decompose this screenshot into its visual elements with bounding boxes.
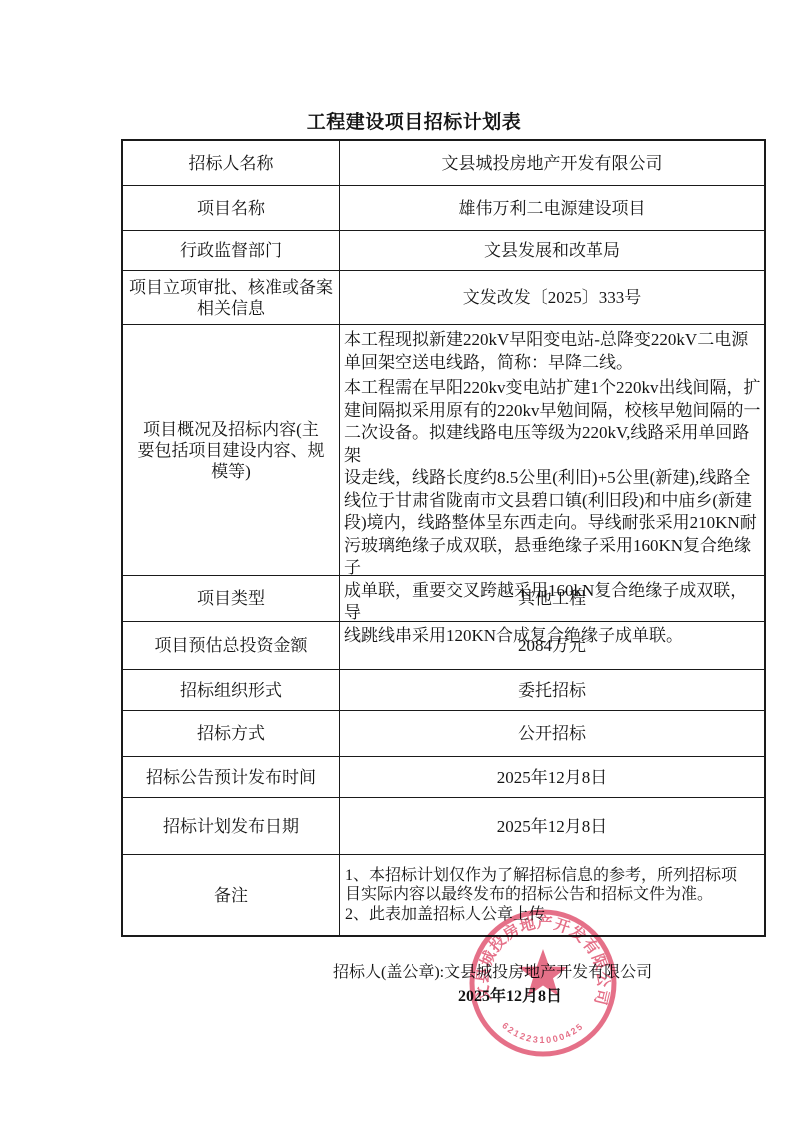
row-label: 项目概况及招标内容(主 要包括项目建设内容、规 模等) bbox=[123, 325, 340, 575]
row-value: 委托招标 bbox=[340, 670, 764, 710]
row-value: 文县发展和改革局 bbox=[340, 231, 764, 270]
row-value: 其他工程 bbox=[340, 576, 764, 621]
row-label: 招标公告预计发布时间 bbox=[123, 757, 340, 797]
page: 工程建设项目招标计划表 招标人名称 文县城投房地产开发有限公司 项目名称 雄伟万… bbox=[0, 0, 793, 1122]
table-row-project-overview: 项目概况及招标内容(主 要包括项目建设内容、规 模等) 本工程现拟新建220kV… bbox=[123, 324, 764, 575]
row-value: 1、本招标计划仅作为了解招标信息的参考，所列招标项 目实际内容以最终发布的招标公… bbox=[340, 855, 764, 935]
row-label: 项目预估总投资金额 bbox=[123, 622, 340, 669]
table-row-organization-form: 招标组织形式 委托招标 bbox=[123, 669, 764, 710]
row-value: 2025年12月8日 bbox=[340, 757, 764, 797]
table-row-approval-info: 项目立项审批、核准或备案 相关信息 文发改发〔2025〕333号 bbox=[123, 270, 764, 324]
table-row-remarks: 备注 1、本招标计划仅作为了解招标信息的参考，所列招标项 目实际内容以最终发布的… bbox=[123, 854, 764, 935]
row-label: 项目类型 bbox=[123, 576, 340, 621]
row-value: 本工程现拟新建220kV早阳变电站-总降变220kV二电源 单回架空送电线路，简… bbox=[340, 325, 764, 575]
row-label: 行政监督部门 bbox=[123, 231, 340, 270]
table-row-announcement-date: 招标公告预计发布时间 2025年12月8日 bbox=[123, 756, 764, 797]
row-value: 2084万元 bbox=[340, 622, 764, 669]
row-label: 备注 bbox=[123, 855, 340, 935]
table-row-bidder-name: 招标人名称 文县城投房地产开发有限公司 bbox=[123, 141, 764, 185]
row-value: 公开招标 bbox=[340, 711, 764, 756]
footer-date: 2025年12月8日 bbox=[458, 983, 562, 1006]
row-label: 招标计划发布日期 bbox=[123, 798, 340, 854]
overview-paragraph-1: 本工程现拟新建220kV早阳变电站-总降变220kV二电源 单回架空送电线路，简… bbox=[344, 329, 748, 374]
row-value: 文县城投房地产开发有限公司 bbox=[340, 141, 764, 185]
seal-serial-number: 6212231000425 bbox=[500, 1020, 586, 1045]
row-value: 雄伟万利二电源建设项目 bbox=[340, 186, 764, 230]
row-value: 文发改发〔2025〕333号 bbox=[340, 271, 764, 324]
table-row-project-type: 项目类型 其他工程 bbox=[123, 575, 764, 621]
footer-signature-line: 招标人(盖公章):文县城投房地产开发有限公司 bbox=[333, 959, 652, 982]
table-row-estimated-investment: 项目预估总投资金额 2084万元 bbox=[123, 621, 764, 669]
tender-plan-table: 招标人名称 文县城投房地产开发有限公司 项目名称 雄伟万利二电源建设项目 行政监… bbox=[121, 139, 766, 937]
table-row-project-name: 项目名称 雄伟万利二电源建设项目 bbox=[123, 185, 764, 230]
row-label: 项目名称 bbox=[123, 186, 340, 230]
table-row-plan-publish-date: 招标计划发布日期 2025年12月8日 bbox=[123, 797, 764, 854]
row-label: 招标方式 bbox=[123, 711, 340, 756]
row-label: 招标人名称 bbox=[123, 141, 340, 185]
row-label: 项目立项审批、核准或备案 相关信息 bbox=[123, 271, 340, 324]
row-label: 招标组织形式 bbox=[123, 670, 340, 710]
document-title: 工程建设项目招标计划表 bbox=[307, 107, 522, 134]
table-row-supervision-dept: 行政监督部门 文县发展和改革局 bbox=[123, 230, 764, 270]
table-row-bidding-method: 招标方式 公开招标 bbox=[123, 710, 764, 756]
row-value: 2025年12月8日 bbox=[340, 798, 764, 854]
svg-text:6212231000425: 6212231000425 bbox=[500, 1020, 586, 1045]
